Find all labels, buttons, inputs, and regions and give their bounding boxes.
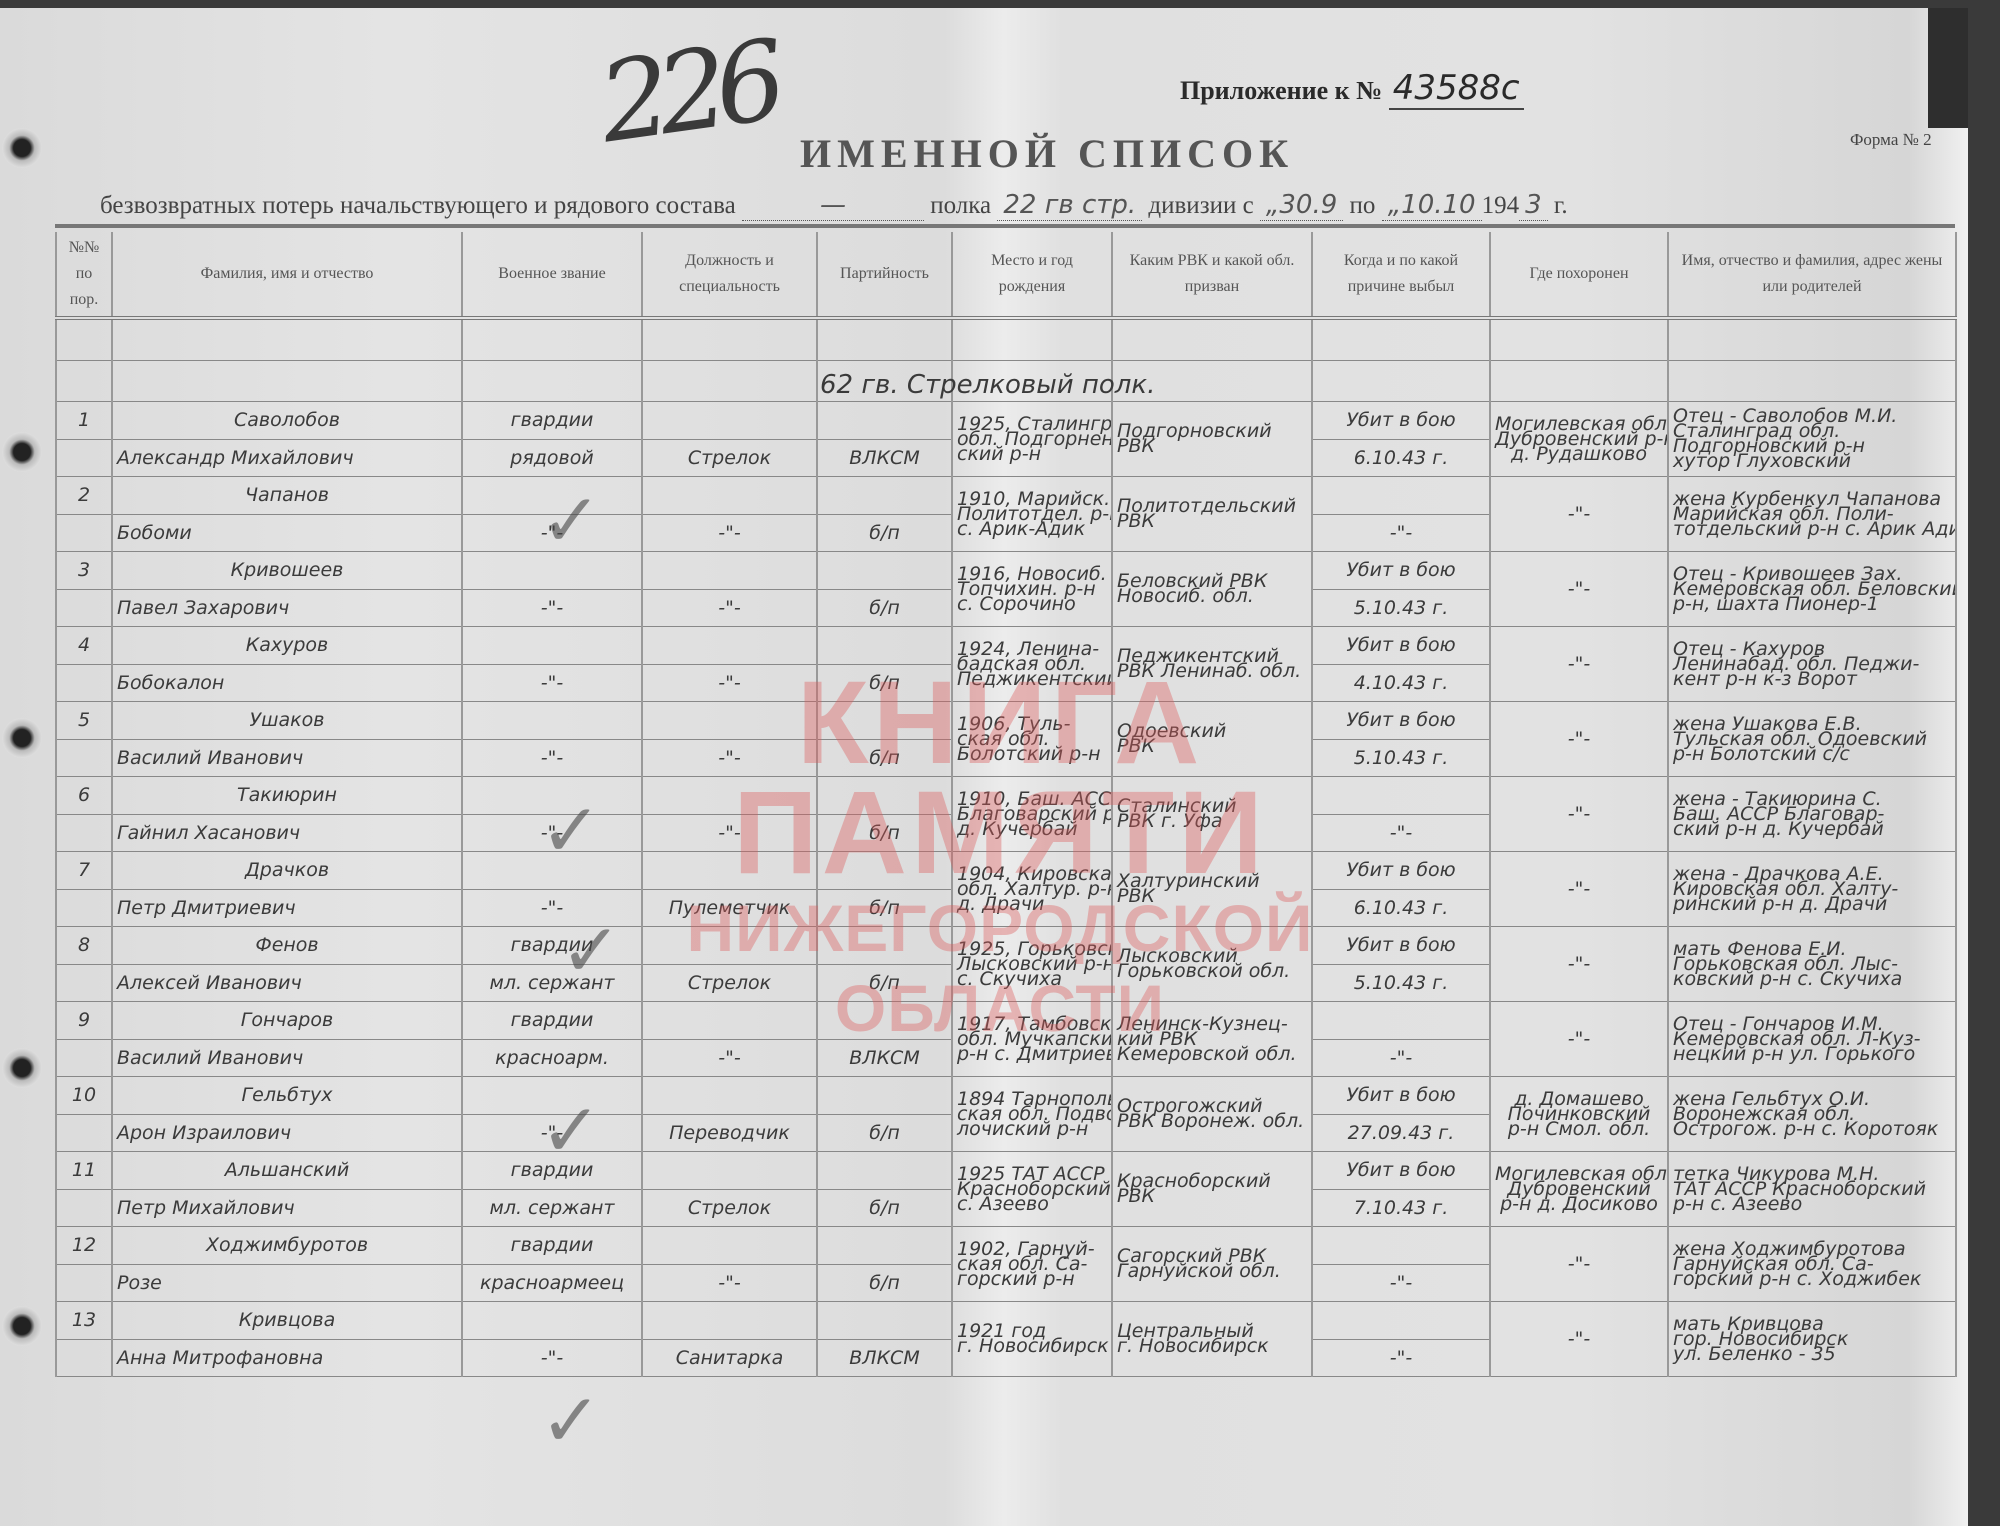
burial-line: -"- [1495, 807, 1663, 822]
surname: Ходжимбуротов [112, 1227, 462, 1265]
given-name-patronymic: Гайнил Хасанович [112, 814, 462, 852]
position-empty [642, 1152, 817, 1190]
cause-line2: -"- [1312, 1264, 1490, 1302]
rank-line2: мл. сержант [462, 1189, 642, 1227]
given-name-patronymic: Розе [112, 1264, 462, 1302]
party: б/п [817, 1264, 952, 1302]
rank-line1 [462, 702, 642, 740]
col-conscription: Каким РВК и какой обл. призван [1112, 232, 1312, 318]
burial-line: -"- [1495, 1332, 1663, 1347]
conscription-office: ПеджикентскийРВК Ленинаб. обл. [1112, 627, 1312, 702]
position-empty [642, 477, 817, 515]
birth-line: лочиский р-н [957, 1122, 1107, 1137]
birth-place-year: 1910, Марийск. обл.Политотдел. р-нс. Ари… [952, 477, 1112, 552]
rvk-line: РВК г. Уфа [1117, 814, 1307, 829]
col-burial: Где похоронен [1490, 232, 1668, 318]
number-empty [56, 1039, 112, 1077]
burial-place: -"- [1490, 1227, 1668, 1302]
surname: Кахуров [112, 627, 462, 665]
burial-place: -"- [1490, 552, 1668, 627]
rank-line1: гвардии [462, 402, 642, 440]
birth-line: р-н с. Дмитриевка [957, 1047, 1107, 1062]
header-rule [55, 224, 1955, 228]
losses-table: №№ по пор. Фамилия, имя и отчество Военн… [55, 232, 1957, 1377]
burial-line: -"- [1495, 1257, 1663, 1272]
conscription-office: Ленинск-Кузнец-кий РВККемеровской обл. [1112, 1002, 1312, 1077]
surname: Гончаров [112, 1002, 462, 1040]
party: б/п [817, 739, 952, 777]
number-empty [56, 1189, 112, 1227]
position-empty [642, 927, 817, 965]
rank-line1 [462, 1302, 642, 1340]
cause-line2: 5.10.43 г. [1312, 589, 1490, 627]
record-number: 3 [56, 552, 112, 590]
party-empty [817, 852, 952, 890]
cause-line2: 5.10.43 г. [1312, 739, 1490, 777]
conscription-office: КрасноборскийРВК [1112, 1152, 1312, 1227]
next-of-kin: мать Кривцовагор. Новосибирскул. Беленко… [1668, 1302, 1956, 1377]
position-empty [642, 777, 817, 815]
number-empty [56, 889, 112, 927]
record-number: 7 [56, 852, 112, 890]
surname: Кривцова [112, 1302, 462, 1340]
party: б/п [817, 514, 952, 552]
table-row: 1Саволобовгвардии1925, Сталингр.обл. Под… [56, 402, 1956, 440]
col-party: Партийность [817, 232, 952, 318]
position: -"- [642, 1039, 817, 1077]
burial-place: Могилевская обл.Дубровенский р-нд. Рудаш… [1490, 402, 1668, 477]
position-empty [642, 1002, 817, 1040]
number-empty [56, 1339, 112, 1377]
kin-line: ул. Беленко - 35 [1673, 1347, 1951, 1362]
date-to-label: по [1350, 192, 1376, 219]
burial-place: -"- [1490, 702, 1668, 777]
burial-line: -"- [1495, 957, 1663, 972]
position: -"- [642, 514, 817, 552]
record-number: 12 [56, 1227, 112, 1265]
birth-place-year: 1925, Сталингр.обл. Подгорнен-ский р-н [952, 402, 1112, 477]
burial-place: -"- [1490, 927, 1668, 1002]
party-empty [817, 1227, 952, 1265]
surname: Саволобов [112, 402, 462, 440]
col-birth: Место и год рождения [952, 232, 1112, 318]
party-empty [817, 552, 952, 590]
number-empty [56, 439, 112, 477]
position-empty [642, 402, 817, 440]
table-row: 12Ходжимбуротовгвардии1902, Гарнуй-ская … [56, 1227, 1956, 1265]
table-row: 13Кривцова1921 годг. НовосибирскЦентраль… [56, 1302, 1956, 1340]
rvk-line: РВК Воронеж. обл. [1117, 1114, 1307, 1129]
burial-line: р-н д. Досиково [1495, 1197, 1663, 1212]
surname: Альшанский [112, 1152, 462, 1190]
burial-place: -"- [1490, 477, 1668, 552]
cause-line2: -"- [1312, 514, 1490, 552]
date-from: „30.9 [1260, 190, 1343, 221]
party: ВЛКСМ [817, 439, 952, 477]
punch-hole [2, 718, 42, 758]
table-row: 6Такиюрин1910, Баш. АССРБлаговарский р-н… [56, 777, 1956, 815]
birth-place-year: 1925 ТАТ АССРКрасноборский р-нс. Азеево [952, 1152, 1112, 1227]
form-number: Форма № 2 [1850, 130, 1932, 150]
next-of-kin: тетка Чикурова М.Н.ТАТ АССР Красноборски… [1668, 1152, 1956, 1227]
burial-line: д. Рудашково [1495, 447, 1663, 462]
table-row: 11Альшанскийгвардии1925 ТАТ АССРКраснобо… [56, 1152, 1956, 1190]
record-number: 9 [56, 1002, 112, 1040]
cause-line1 [1312, 477, 1490, 515]
burial-place: -"- [1490, 777, 1668, 852]
given-name-patronymic: Павел Захарович [112, 589, 462, 627]
position: Переводчик [642, 1114, 817, 1152]
conscription-office: ПолитотдельскийРВК [1112, 477, 1312, 552]
record-number: 6 [56, 777, 112, 815]
kin-line: хутор Глуховский [1673, 454, 1951, 469]
folio-number: 226 [592, 17, 782, 168]
position: -"- [642, 589, 817, 627]
position: Санитарка [642, 1339, 817, 1377]
number-empty [56, 964, 112, 1002]
next-of-kin: жена - Такиюрина С.Баш. АССР Благовар-ск… [1668, 777, 1956, 852]
cause-line1: Убит в бою [1312, 402, 1490, 440]
record-number: 1 [56, 402, 112, 440]
number-empty [56, 1264, 112, 1302]
given-name-patronymic: Бобоми [112, 514, 462, 552]
division-value: 22 гв стр. [997, 190, 1142, 221]
check-mark: ✓ [540, 1088, 602, 1174]
birth-place-year: 1910, Баш. АССРБлаговарский р-нд. Кучерб… [952, 777, 1112, 852]
kin-line: горский р-н с. Ходжибек [1673, 1272, 1951, 1287]
birth-place-year: 1917, Тамбовск.обл. Мучкапскийр-н с. Дми… [952, 1002, 1112, 1077]
position-empty [642, 702, 817, 740]
number-empty [56, 514, 112, 552]
year-suffix: 3 [1519, 190, 1548, 221]
record-number: 8 [56, 927, 112, 965]
conscription-office: ЛысковскийГорьковской обл. [1112, 927, 1312, 1002]
given-name-patronymic: Василий Иванович [112, 739, 462, 777]
appendix-label: Приложение к № [1180, 76, 1382, 105]
rank-line2: рядовой [462, 439, 642, 477]
given-name-patronymic: Петр Дмитриевич [112, 889, 462, 927]
surname: Такиюрин [112, 777, 462, 815]
table-header-row: №№ по пор. Фамилия, имя и отчество Военн… [56, 232, 1956, 318]
cause-line1: Убит в бою [1312, 1077, 1490, 1115]
col-full-name: Фамилия, имя и отчество [112, 232, 462, 318]
document-subtitle: безвозвратных потерь начальствующего и р… [100, 190, 1568, 221]
conscription-office: СталинскийРВК г. Уфа [1112, 777, 1312, 852]
punch-hole [2, 1048, 42, 1088]
rvk-line: Новосиб. обл. [1117, 589, 1307, 604]
party: ВЛКСМ [817, 1039, 952, 1077]
surname: Драчков [112, 852, 462, 890]
party: б/п [817, 589, 952, 627]
birth-place-year: 1925, Горьковск. обл.Лысковский р-нс. Ск… [952, 927, 1112, 1002]
conscription-office: ОстрогожскийРВК Воронеж. обл. [1112, 1077, 1312, 1152]
record-number: 5 [56, 702, 112, 740]
cause-line1: Убит в бою [1312, 627, 1490, 665]
rank-line2: -"- [462, 664, 642, 702]
rvk-line: Кемеровской обл. [1117, 1047, 1307, 1062]
burial-place: д. ДомашевоПочинковскийр-н Смол. обл. [1490, 1077, 1668, 1152]
rank-line2: -"- [462, 1339, 642, 1377]
next-of-kin: Отец - КахуровЛенинабад. обл. Педжи-кент… [1668, 627, 1956, 702]
burial-line: -"- [1495, 657, 1663, 672]
burial-place: -"- [1490, 1302, 1668, 1377]
burial-place: -"- [1490, 852, 1668, 927]
cause-line2: -"- [1312, 1039, 1490, 1077]
conscription-office: Центральныйг. Новосибирск [1112, 1302, 1312, 1377]
position: Пулеметчик [642, 889, 817, 927]
kin-line: ковский р-н с. Скучиха [1673, 972, 1951, 987]
col-rank: Военное звание [462, 232, 642, 318]
rvk-line: Горьковской обл. [1117, 964, 1307, 979]
document-title: ИМЕННОЙ СПИСОК [800, 130, 1294, 177]
record-number: 4 [56, 627, 112, 665]
cause-line1: Убит в бою [1312, 852, 1490, 890]
birth-line: Болотский р-н [957, 747, 1107, 762]
check-mark: ✓ [540, 1378, 602, 1464]
appendix-number: 43588с [1389, 68, 1524, 110]
document-sheet: 226 Приложение к № 43588с ИМЕННОЙ СПИСОК… [0, 8, 1968, 1526]
surname: Гельбтух [112, 1077, 462, 1115]
table-row: 2Чапанов1910, Марийск. обл.Политотдел. р… [56, 477, 1956, 515]
position: Стрелок [642, 1189, 817, 1227]
next-of-kin: Отец - Саволобов М.И.Сталинград обл.Подг… [1668, 402, 1956, 477]
col-position: Должность и специальность [642, 232, 817, 318]
number-empty [56, 814, 112, 852]
table-row: 8Феновгвардии1925, Горьковск. обл.Лысков… [56, 927, 1956, 965]
rank-line2: -"- [462, 589, 642, 627]
scan-background [1928, 8, 1968, 128]
number-empty [56, 1114, 112, 1152]
burial-line: -"- [1495, 732, 1663, 747]
party: ВЛКСМ [817, 1339, 952, 1377]
next-of-kin: жена Гельбтух О.И.Воронежская обл.Острог… [1668, 1077, 1956, 1152]
party-empty [817, 402, 952, 440]
kin-line: ский р-н д. Кучербай [1673, 822, 1951, 837]
date-to: „10.10 [1382, 190, 1482, 221]
cause-line1 [1312, 1302, 1490, 1340]
birth-line: с. Арик-Адик [957, 522, 1107, 537]
rank-line2: красноарм. [462, 1039, 642, 1077]
check-mark: ✓ [540, 788, 602, 874]
cause-line1: Убит в бою [1312, 552, 1490, 590]
rank-line1 [462, 627, 642, 665]
record-number: 13 [56, 1302, 112, 1340]
check-mark: ✓ [540, 478, 602, 564]
given-name-patronymic: Бобокалон [112, 664, 462, 702]
conscription-office: ПодгорновскийРВК [1112, 402, 1312, 477]
cause-line1: Убит в бою [1312, 1152, 1490, 1190]
subtitle-prefix: безвозвратных потерь начальствующего и р… [100, 192, 736, 219]
given-name-patronymic: Василий Иванович [112, 1039, 462, 1077]
next-of-kin: Отец - Гончаров И.М.Кемеровская обл. Л-К… [1668, 1002, 1956, 1077]
year-label: г. [1554, 192, 1568, 219]
next-of-kin: жена - Драчкова А.Е.Кировская обл. Халту… [1668, 852, 1956, 927]
col-number: №№ по пор. [56, 232, 112, 318]
birth-line: г. Новосибирск [957, 1339, 1107, 1354]
rank-line1: гвардии [462, 1227, 642, 1265]
birth-place-year: 1906, Туль-ская обл.Болотский р-н [952, 702, 1112, 777]
table-row: 3Кривошеев1916, Новосиб. обл.Топчихин. р… [56, 552, 1956, 590]
given-name-patronymic: Петр Михайлович [112, 1189, 462, 1227]
table-row: 5Ушаков1906, Туль-ская обл.Болотский р-н… [56, 702, 1956, 740]
position-empty [642, 1302, 817, 1340]
punch-hole [2, 128, 42, 168]
position: Стрелок [642, 964, 817, 1002]
birth-place-year: 1904, Кировскаяобл. Халтур. р-нд. Драчи [952, 852, 1112, 927]
party: б/п [817, 1114, 952, 1152]
rvk-line: РВК Ленинаб. обл. [1117, 664, 1307, 679]
surname: Кривошеев [112, 552, 462, 590]
party-empty [817, 702, 952, 740]
party: б/п [817, 964, 952, 1002]
position-empty [642, 852, 817, 890]
record-number: 2 [56, 477, 112, 515]
conscription-office: Беловский РВКНовосиб. обл. [1112, 552, 1312, 627]
surname: Ушаков [112, 702, 462, 740]
birth-place-year: 1894 Тарнополь-ская обл. Подво-лочиский … [952, 1077, 1112, 1152]
rank-line2: -"- [462, 739, 642, 777]
birth-line: Педжикентский р-н [957, 672, 1107, 687]
given-name-patronymic: Арон Израилович [112, 1114, 462, 1152]
cause-line1 [1312, 1227, 1490, 1265]
burial-place: Могилевская обл.Дубровенскийр-н д. Досик… [1490, 1152, 1668, 1227]
conscription-office: ХалтуринскийРВК [1112, 852, 1312, 927]
cause-line2: -"- [1312, 814, 1490, 852]
punch-hole [2, 1306, 42, 1346]
year-prefix: 194 [1482, 192, 1520, 219]
rank-line1: гвардии [462, 1002, 642, 1040]
position: -"- [642, 739, 817, 777]
position: Стрелок [642, 439, 817, 477]
birth-place-year: 1916, Новосиб. обл.Топчихин. р-нс. Сороч… [952, 552, 1112, 627]
cause-line2: -"- [1312, 1339, 1490, 1377]
given-name-patronymic: Алексей Иванович [112, 964, 462, 1002]
burial-place: -"- [1490, 627, 1668, 702]
cause-line2: 4.10.43 г. [1312, 664, 1490, 702]
cause-line1: Убит в бою [1312, 702, 1490, 740]
appendix-line: Приложение к № 43588с [1180, 68, 1524, 108]
position-empty [642, 1227, 817, 1265]
party-empty [817, 477, 952, 515]
party-empty [817, 1077, 952, 1115]
party-empty [817, 927, 952, 965]
birth-place-year: 1902, Гарнуй-ская обл. Са-горский р-н [952, 1227, 1112, 1302]
given-name-patronymic: Александр Михайлович [112, 439, 462, 477]
record-number: 11 [56, 1152, 112, 1190]
cause-line2: 5.10.43 г. [1312, 964, 1490, 1002]
burial-line: р-н Смол. обл. [1495, 1122, 1663, 1137]
position-empty [642, 627, 817, 665]
position: -"- [642, 664, 817, 702]
cause-line2: 6.10.43 г. [1312, 439, 1490, 477]
spacer-row [56, 318, 1956, 361]
table-row: 9Гончаровгвардии1917, Тамбовск.обл. Мучк… [56, 1002, 1956, 1040]
burial-line: -"- [1495, 582, 1663, 597]
division-label: дивизии с [1148, 192, 1253, 219]
surname: Чапанов [112, 477, 462, 515]
next-of-kin: Отец - Кривошеев Зах.Кемеровская обл. Бе… [1668, 552, 1956, 627]
conscription-office: ОдоевскийРВК [1112, 702, 1312, 777]
col-when-why: Когда и по какой причине выбыл [1312, 232, 1490, 318]
number-empty [56, 589, 112, 627]
punch-hole [2, 432, 42, 472]
burial-line: -"- [1495, 507, 1663, 522]
party: б/п [817, 889, 952, 927]
next-of-kin: жена ХоджимбуротоваГарнуйская обл. Са-го… [1668, 1227, 1956, 1302]
next-of-kin: жена Курбенкул ЧапановаМарийская обл. По… [1668, 477, 1956, 552]
party-empty [817, 1302, 952, 1340]
cause-line1: Убит в бою [1312, 927, 1490, 965]
kin-line: нецкий р-н ул. Горького [1673, 1047, 1951, 1062]
party: б/п [817, 1189, 952, 1227]
surname: Фенов [112, 927, 462, 965]
check-mark: ✓ [560, 908, 622, 994]
regiment-label: полка [930, 192, 991, 219]
party-empty [817, 1152, 952, 1190]
regiment-heading: 62 гв. Стрелковый полк. [820, 370, 1155, 400]
cause-line2: 27.09.43 г. [1312, 1114, 1490, 1152]
next-of-kin: жена Ушакова Е.В.Тульская обл. Одоевский… [1668, 702, 1956, 777]
record-number: 10 [56, 1077, 112, 1115]
birth-place-year: 1924, Ленина-бадская обл.Педжикентский р… [952, 627, 1112, 702]
table-row: 10Гельбтух1894 Тарнополь-ская обл. Подво… [56, 1077, 1956, 1115]
position-empty [642, 552, 817, 590]
position-empty [642, 1077, 817, 1115]
burial-line: -"- [1495, 1032, 1663, 1047]
cause-line2: 7.10.43 г. [1312, 1189, 1490, 1227]
position: -"- [642, 814, 817, 852]
number-empty [56, 664, 112, 702]
kin-line: тотдельский р-н с. Арик Адик [1673, 522, 1951, 537]
conscription-office: Сагорский РВКГарнуйской обл. [1112, 1227, 1312, 1302]
cause-line2: 6.10.43 г. [1312, 889, 1490, 927]
regiment-blank: — [742, 190, 924, 221]
cause-line1 [1312, 1002, 1490, 1040]
burial-place: -"- [1490, 1002, 1668, 1077]
party-empty [817, 1002, 952, 1040]
burial-line: -"- [1495, 882, 1663, 897]
rank-line2: красноармеец [462, 1264, 642, 1302]
table-row: 7Драчков1904, Кировскаяобл. Халтур. р-нд… [56, 852, 1956, 890]
number-empty [56, 739, 112, 777]
kin-line: Острогож. р-н с. Коротояк [1673, 1122, 1951, 1137]
table-row: 4Кахуров1924, Ленина-бадская обл.Педжике… [56, 627, 1956, 665]
birth-place-year: 1921 годг. Новосибирск [952, 1302, 1112, 1377]
cause-line1 [1312, 777, 1490, 815]
given-name-patronymic: Анна Митрофановна [112, 1339, 462, 1377]
party: б/п [817, 814, 952, 852]
rvk-line: Гарнуйской обл. [1117, 1264, 1307, 1279]
position: -"- [642, 1264, 817, 1302]
party-empty [817, 777, 952, 815]
party-empty [817, 627, 952, 665]
party: б/п [817, 664, 952, 702]
rvk-line: г. Новосибирск [1117, 1339, 1307, 1354]
kin-line: ринский р-н д. Драчи [1673, 897, 1951, 912]
next-of-kin: мать Фенова Е.И.Горьковская обл. Лыс-ков… [1668, 927, 1956, 1002]
col-next-of-kin: Имя, отчество и фамилия, адрес жены или … [1668, 232, 1956, 318]
